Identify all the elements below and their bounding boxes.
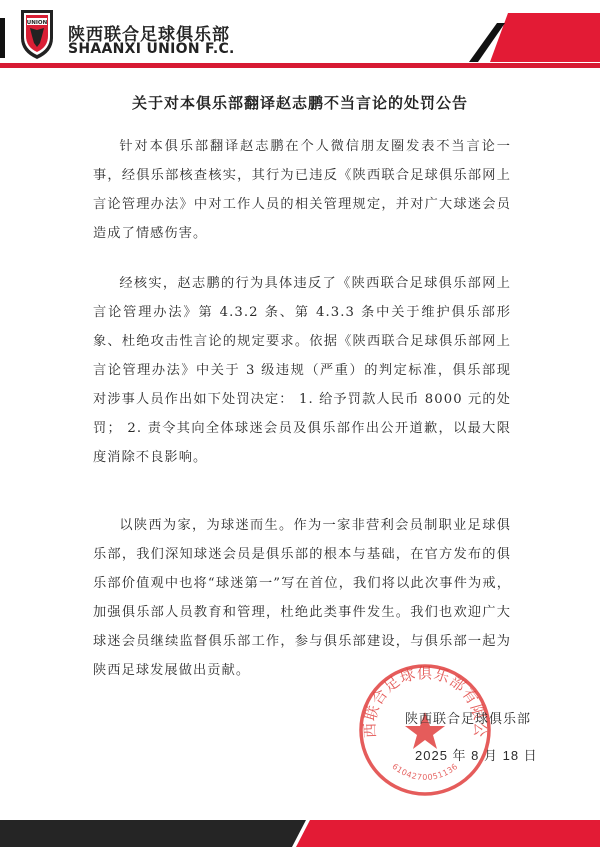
paragraph-3: 以陕西为家，为球迷而生。作为一家非营利会员制职业足球俱乐部，我们深知球迷会员是俱… [93, 511, 511, 685]
letterhead: UNION 陕西联合足球俱乐部 SHAANXI UNION F.C. [0, 0, 600, 70]
left-accent-bar [0, 18, 5, 58]
paragraph-2: 经核实，赵志鹏的行为具体违反了《陕西联合足球俱乐部网上言论管理办法》第 4.3.… [93, 269, 511, 472]
club-name-english: SHAANXI UNION F.C. [68, 41, 235, 57]
svg-text:6104270051136: 6104270051136 [390, 762, 459, 782]
paragraph-2-text: 经核实，赵志鹏的行为具体违反了《陕西联合足球俱乐部网上言论管理办法》第 4.3.… [93, 269, 511, 472]
announcement-title: 关于对本俱乐部翻译赵志鹏不当言论的处罚公告 [0, 92, 600, 113]
paragraph-3-text: 以陕西为家，为球迷而生。作为一家非营利会员制职业足球俱乐部，我们深知球迷会员是俱… [93, 511, 511, 685]
paragraph-1-text: 针对本俱乐部翻译赵志鹏在个人微信朋友圈发表不当言论一事，经俱乐部核查核实，其行为… [93, 132, 511, 248]
paragraph-1: 针对本俱乐部翻译赵志鹏在个人微信朋友圈发表不当言论一事，经俱乐部核查核实，其行为… [93, 132, 511, 248]
footer-decoration [0, 820, 600, 847]
official-seal-stamp: 陕西联合足球俱乐部有限公司 6104270051136 [355, 660, 495, 800]
svg-text:UNION: UNION [27, 20, 48, 26]
club-crest-logo: UNION [18, 8, 56, 60]
announcement-date: 2025 年 8 月 18 日 [415, 745, 538, 764]
signature-org: 陕西联合足球俱乐部 [405, 708, 531, 727]
